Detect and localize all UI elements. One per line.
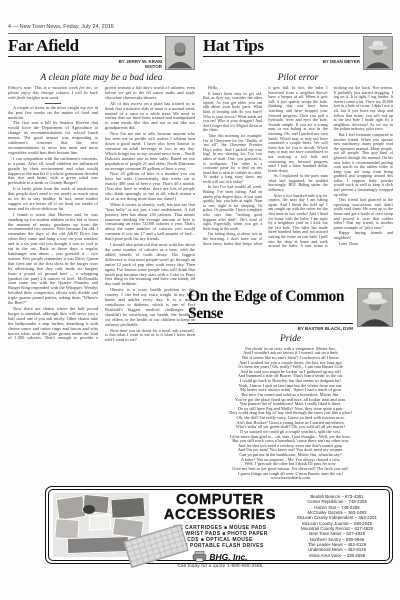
far-afield-paragraph: Now 45 gallons of beer is a number you c… xyxy=(105,172,195,201)
article-far-afield: Far Afield BY JERRY W. KRAM EDITOR A cle… xyxy=(8,36,195,478)
byline-role: EDITOR xyxy=(145,64,162,69)
title-rule xyxy=(203,56,360,57)
hat-tips-paragraph: It hasn't been easy to get old. But, as … xyxy=(203,92,262,133)
hat-tips-body: Hello,It hasn't been easy to get old. Bu… xyxy=(203,86,393,286)
newspaper-phone-list: Beulah Beacon – 873-4381Center Republica… xyxy=(291,490,389,560)
ad-inner-border: COMPUTER ACCESSORIES INK CARTRIDGES ■ MO… xyxy=(48,489,390,561)
far-afield-paragraph: The first was a bill by Senator Hoeven t… xyxy=(8,121,98,155)
hat-tips-paragraph: Hello, xyxy=(203,86,262,91)
far-afield-paragraph: Next time you sit down for a meal, ask y… xyxy=(105,329,195,344)
hat-tips-header: Hat Tips BY DEAN MEYER xyxy=(203,36,393,70)
hat-tips-headline: Pilot error xyxy=(203,73,393,83)
hat-tips-paragraph: As I explained to the parts man what had… xyxy=(268,174,327,192)
hat-tips-paragraph: Take this morning for example. I'm in Ch… xyxy=(203,134,262,185)
far-afield-header: Far Afield BY JERRY W. KRAM EDITOR xyxy=(8,36,195,70)
far-afield-paragraph: I should also point out that most soda h… xyxy=(105,243,195,287)
far-afield-headline: A clean plate may be a bad idea xyxy=(8,73,195,83)
baxter-black-headshot-photo xyxy=(357,288,393,327)
pride-poem: I'm closin' in on sixty with a vengeance… xyxy=(188,347,393,481)
common-sense-title: On the Edge of Common Sense xyxy=(188,288,353,322)
ad-title: COMPUTER ACCESSORIES xyxy=(149,493,291,523)
columnist-headshot-photo xyxy=(363,36,393,70)
far-afield-paragraph: It is fairly plain from the work of nutr… xyxy=(8,187,98,212)
hat-tips-paragraph: This friend had glanced at the operating… xyxy=(334,198,393,230)
cowboy-hat-portrait-graphic xyxy=(358,289,392,326)
page-dateline: 4 — New Town News, Friday, July 24, 2015 xyxy=(8,24,114,30)
editors-note: Editor's note: This is a vacation week f… xyxy=(8,86,98,101)
printer-icon xyxy=(192,551,207,562)
common-sense-header: On the Edge of Common Sense BY BAXTER BL… xyxy=(188,288,393,331)
computer-accessories-ad: COMPUTER ACCESSORIES INK CARTRIDGES ■ MO… xyxy=(45,486,393,564)
poem-line: www.baxterblack.com xyxy=(188,476,393,481)
hat-tips-paragraph: Later, Dean xyxy=(334,242,393,247)
far-afield-paragraph: I can sympathize with the cattlemen's co… xyxy=(8,157,98,186)
editor-portrait-graphic xyxy=(166,37,194,69)
title-rule xyxy=(8,56,162,57)
ad-company-name: BHG, Inc. xyxy=(209,552,247,562)
title-rule xyxy=(188,323,353,324)
hat-tips-paragraph: Happy haying friends and neighbors! xyxy=(334,231,393,240)
hat-tips-byline: BY DEAN MEYER xyxy=(203,59,360,64)
far-afield-paragraph: When it comes to obesity, well, lets jus… xyxy=(105,203,195,242)
hat-tips-title: Hat Tips xyxy=(203,36,360,55)
far-afield-paragraph: I found it ironic that Hoeven said he wa… xyxy=(8,213,98,306)
far-afield-byline: BY JERRY W. KRAM EDITOR xyxy=(8,59,162,69)
newspaper-phone-entry: Velva Area Voice – 338-2599 xyxy=(291,553,383,558)
far-afield-paragraph: Obesity is a scary health problem in thi… xyxy=(105,288,195,327)
far-afield-paragraph: A couple of items in the news caught my … xyxy=(8,106,98,121)
article-hat-tips: Hat Tips BY DEAN MEYER Pilot error Hello… xyxy=(203,36,393,286)
far-afield-body: Editor's note: This is a vacation week f… xyxy=(8,86,195,478)
ad-quote-line: Call today for a quote 1-800-658-3485 xyxy=(149,563,291,568)
hat-tips-paragraph: But I feel fortunate compared to another… xyxy=(334,133,393,197)
hat-tips-paragraph: In fact I've had trouble all week. Balin… xyxy=(203,185,262,231)
newspaper-phone-entry: McLean County Independent – 463-2201 xyxy=(291,515,383,520)
newspaper-page: 4 — New Town News, Friday, July 24, 2015… xyxy=(0,0,400,600)
far-afield-paragraph: Now I'm not one to talk, because anyone … xyxy=(105,132,195,171)
section-divider xyxy=(45,103,61,104)
common-sense-headline: Pride xyxy=(188,334,393,344)
far-afield-title: Far Afield xyxy=(8,36,162,55)
far-afield-paragraph: All of this excess on a plate has traine… xyxy=(105,102,195,131)
article-common-sense: On the Edge of Common Sense BY BAXTER BL… xyxy=(188,288,393,481)
common-sense-byline: BY BAXTER BLACK, DVM xyxy=(188,326,353,331)
cowboy-portrait-graphic xyxy=(364,37,392,69)
masthead-rule xyxy=(8,33,392,34)
editor-headshot-photo xyxy=(165,36,195,70)
